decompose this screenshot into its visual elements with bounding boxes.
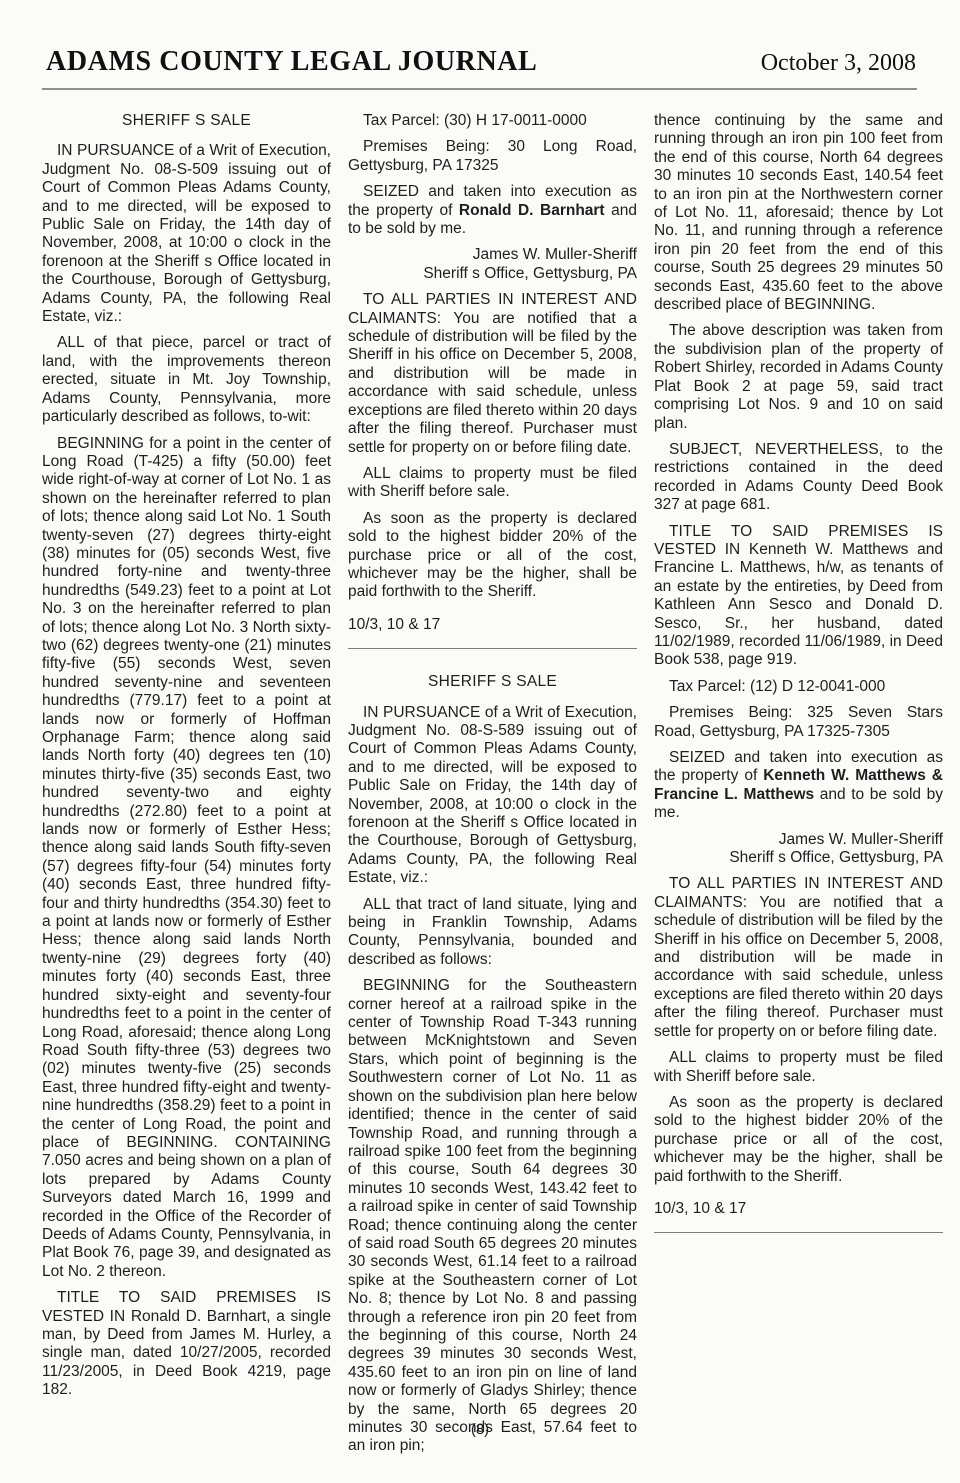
notice-paragraph: TO ALL PARTIES IN INTEREST AND CLAIMANTS… [654,875,943,1041]
notice-paragraph: As soon as the property is declared sold… [654,1094,943,1186]
section-divider [654,1232,943,1233]
notice-paragraph: ALL claims to property must be filed wit… [348,465,637,502]
section-divider [348,648,637,649]
legal-journal-page: ADAMS COUNTY LEGAL JOURNAL October 3, 20… [0,0,960,1483]
publication-dates: 10/3, 10 & 17 [654,1200,943,1218]
notice-paragraph: BEGINNING for the Southeastern corner he… [348,977,637,1456]
notice-paragraph: TO ALL PARTIES IN INTEREST AND CLAIMANTS… [348,291,637,457]
notice-paragraph: TITLE TO SAID PREMISES IS VESTED IN Kenn… [654,523,943,670]
notice-paragraph: thence continuing by the same and runnin… [654,112,943,314]
column-3: thence continuing by the same and runnin… [654,112,943,1233]
sheriffs-sale-heading-1: SHERIFF S SALE [42,112,331,130]
page-number: (8) [471,1421,489,1438]
notice-paragraph: TITLE TO SAID PREMISES IS VESTED IN Rona… [42,1289,331,1399]
content-columns: SHERIFF S SALEIN PURSUANCE of a Writ of … [42,112,943,1456]
notice-paragraph: ALL that tract of land situate, lying an… [348,896,637,970]
column-1: SHERIFF S SALEIN PURSUANCE of a Writ of … [42,112,331,1400]
notice-paragraph: As soon as the property is declared sold… [348,510,637,602]
notice-paragraph: The above description was taken from the… [654,322,943,432]
sheriff-signature-line: James W. Muller-Sheriff [348,246,637,264]
notice-paragraph: Tax Parcel: (12) D 12-0041-000 [654,678,943,696]
page-header: ADAMS COUNTY LEGAL JOURNAL October 3, 20… [46,46,916,78]
column-2: Tax Parcel: (30) H 17-0011-0000Premises … [348,112,637,1456]
journal-title: ADAMS COUNTY LEGAL JOURNAL [46,46,537,78]
notice-paragraph: SEIZED and taken into execution as the p… [654,749,943,823]
notice-paragraph: Tax Parcel: (30) H 17-0011-0000 [348,112,637,130]
notice-paragraph: ALL claims to property must be filed wit… [654,1049,943,1086]
page-footer: (8) [0,1421,960,1438]
notice-paragraph: IN PURSUANCE of a Writ of Execution, Jud… [348,704,637,888]
notice-paragraph: ALL of that piece, parcel or tract of la… [42,334,331,426]
notice-paragraph: SUBJECT, NEVERTHELESS, to the restrictio… [654,441,943,515]
sheriff-signature-line: James W. Muller-Sheriff [654,831,943,849]
sheriffs-sale-heading-2: SHERIFF S SALE [348,673,637,691]
notice-paragraph: Premises Being: 30 Long Road, Gettysburg… [348,138,637,175]
notice-paragraph: Premises Being: 325 Seven Stars Road, Ge… [654,704,943,741]
sheriff-office-line: Sheriff s Office, Gettysburg, PA [348,265,637,283]
notice-paragraph: IN PURSUANCE of a Writ of Execution, Jud… [42,142,331,326]
defendant-name: Ronald D. Barnhart [459,202,605,219]
publication-dates: 10/3, 10 & 17 [348,616,637,634]
issue-date: October 3, 2008 [761,50,916,77]
header-divider [42,88,917,90]
notice-paragraph: BEGINNING for a point in the center of L… [42,435,331,1282]
sheriff-office-line: Sheriff s Office, Gettysburg, PA [654,849,943,867]
notice-paragraph: SEIZED and taken into execution as the p… [348,183,637,238]
